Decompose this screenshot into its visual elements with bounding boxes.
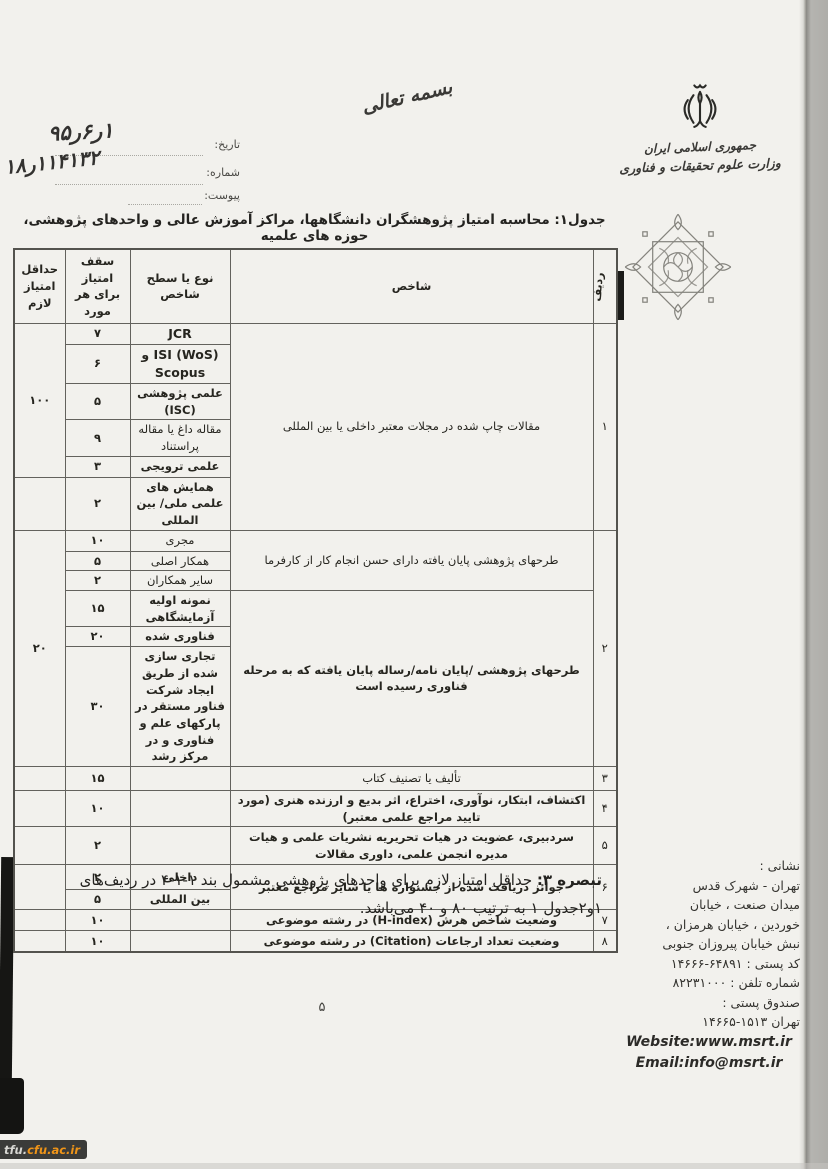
date-handwritten-value: ۹۵ر۶ر۱ [47, 118, 114, 145]
address-line: میدان صنعت ، خیابان [618, 895, 800, 915]
address-line-pobox: صندوق پستی : [618, 993, 800, 1013]
row1-type-jcr: JCR [130, 323, 230, 344]
attachment-line [128, 203, 202, 205]
address-block: نشانی : تهران - شهرک قدس میدان صنعت ، خی… [618, 856, 800, 1074]
row2-cap-other-collab: ۲ [65, 571, 130, 591]
address-line: نبش خیابان پیروزان جنوبی [618, 934, 800, 954]
table-row: ۴ اکتشاف، ابتکار، نوآوری، اختراع، اثر بد… [14, 790, 617, 826]
address-line-postal-code: کد پستی : ۶۴۸۹۱-۱۴۶۶۶ [618, 954, 800, 974]
address-line: نشانی : [618, 856, 800, 876]
header-min: حداقل امتیاز لازم [14, 249, 65, 323]
row5-indicator: سردبیری، عضویت در هیات تحریریه نشریات عل… [230, 827, 593, 865]
row1-indicator: مقالات چاپ شده در مجلات معتبر داخلی یا ب… [230, 323, 593, 530]
paper-edge-highlight [799, 0, 806, 1169]
address-line-pobox-number: تهران ۱۵۱۳-۱۴۶۶۵ [618, 1012, 800, 1032]
row8-cap: ۱۰ [65, 930, 130, 952]
table-row: ۱ مقالات چاپ شده در مجلات معتبر داخلی یا… [14, 323, 617, 344]
rosette-ornament-icon [622, 212, 734, 322]
table-title: جدول۱: محاسبه امتیاز پژوهشگران دانشگاهها… [13, 212, 616, 244]
header-cap: سقف امتیاز برای هر مورد [65, 249, 130, 323]
row8-type-empty [130, 930, 230, 952]
row1-cap-conference: ۲ [65, 477, 130, 530]
header-row-no: ردیف [593, 249, 617, 323]
address-email: Email:info@msrt.ir [618, 1053, 800, 1074]
footnote-label: تبصره ۳: [537, 871, 602, 889]
row8-no: ۸ [593, 930, 617, 952]
watermark-prefix: tfu. [4, 1143, 27, 1157]
row1-type-conference: همایش های علمی ملی/ بین المللی [130, 477, 230, 530]
letterhead-emblem: جمهوری اسلامی ایران وزارت علوم تحقیقات و… [615, 80, 785, 173]
table-row: ۵ سردبیری، عضویت در هیات تحریریه نشریات … [14, 827, 617, 865]
row3-type-empty [130, 766, 230, 790]
row2-type-manager: مجری [130, 530, 230, 551]
address-line-phone: شماره تلفن : ۸۲۲۳۱۰۰۰ [618, 973, 800, 993]
row1-type-hot-paper: مقاله داغ یا مقاله پراستناد [130, 420, 230, 456]
number-label: شماره: [204, 166, 240, 179]
watermark-badge: tfu.cfu.ac.ir [0, 1140, 87, 1159]
row4-cap: ۱۰ [65, 790, 130, 826]
number-handwritten-value: ۱۸ر۱۱۴۱۳۲ [3, 145, 101, 179]
footnote-text: حداقل امتیاز لازم برای واحدهای پژوهشی مش… [80, 871, 602, 917]
iran-emblem-icon [674, 80, 726, 138]
row8-min-empty [14, 930, 65, 952]
row4-no: ۴ [593, 790, 617, 826]
row1-cap-promotional: ۳ [65, 456, 130, 477]
row1-cap-isi: ۶ [65, 344, 130, 383]
scanned-document-page: { "letterhead": { "besmele": "بسمه تعالی… [0, 0, 828, 1169]
row2-type-technologized: فناوری شده [130, 627, 230, 647]
table-row: ۲ طرحهای پژوهشی پایان یافته دارای حسن ان… [14, 530, 617, 551]
row2-cap-manager: ۱۰ [65, 530, 130, 551]
row2-type-commercialized: تجاری سازی شده از طریق ایجاد شرکت فناور … [130, 647, 230, 767]
row2-cap-main-collab: ۵ [65, 551, 130, 571]
table-row: طرحهای پژوهشی /پایان نامه/رساله پایان یا… [14, 590, 617, 626]
scan-bottom-shadow [0, 1163, 828, 1169]
besmele-calligraphy: بسمه تعالی [351, 74, 463, 120]
row1-type-promotional: علمی ترویجی [130, 456, 230, 477]
attachment-label: پیوست: [202, 189, 240, 202]
ornament-stamp [622, 212, 734, 326]
watermark-domain: cfu.ac.ir [27, 1143, 80, 1157]
row1-no: ۱ [593, 323, 617, 530]
row1-cap-hot-paper: ۹ [65, 420, 130, 456]
address-line: تهران - شهرک قدس [618, 876, 800, 896]
row5-no: ۵ [593, 827, 617, 865]
table-row: ۳ تألیف یا تصنیف کتاب ۱۵ [14, 766, 617, 790]
row5-type-empty [130, 827, 230, 865]
org-name-line2: وزارت علوم تحقیقات و فناوری [615, 155, 785, 176]
header-type: نوع یا سطح شاخص [130, 249, 230, 323]
footnote-tabsareh: تبصره ۳: حداقل امتیاز لازم برای واحدهای … [30, 866, 602, 922]
row2-no: ۲ [593, 530, 617, 766]
row4-type-empty [130, 790, 230, 826]
row2-cap-commercialized: ۳۰ [65, 647, 130, 767]
row2-cap-prototype: ۱۵ [65, 590, 130, 626]
row1-min: ۱۰۰ [14, 323, 65, 477]
scan-edge-shadow [806, 0, 828, 1169]
score-table: ردیف شاخص نوع یا سطح شاخص سقف امتیاز برا… [13, 248, 618, 953]
row2-min: ۲۰ [14, 530, 65, 766]
row1-type-isi: ISI (WoS) و Scopus [130, 344, 230, 383]
org-name-line1: جمهوری اسلامی ایران [615, 137, 785, 157]
page-number: ۵ [312, 1000, 332, 1015]
table-row: ۸ وضعیت تعداد ارجاعات (Citation) در رشته… [14, 930, 617, 952]
date-label: تاریخ: [206, 138, 240, 151]
row2-type-prototype: نمونه اولیه آزمایشگاهی [130, 590, 230, 626]
row2-indicator-a: طرحهای پژوهشی پایان یافته دارای حسن انجا… [230, 530, 593, 590]
row2-cap-technologized: ۲۰ [65, 627, 130, 647]
row1-cap-isc: ۵ [65, 383, 130, 419]
row3-cap: ۱۵ [65, 766, 130, 790]
address-website: Website:www.msrt.ir [618, 1032, 800, 1053]
scan-artifact-left-blob [0, 1078, 24, 1134]
number-line [55, 183, 203, 185]
row2-indicator-b: طرحهای پژوهشی /پایان نامه/رساله پایان یا… [230, 590, 593, 766]
row1-type-isc: علمی پژوهشی (ISC) [130, 383, 230, 419]
row3-indicator: تألیف یا تصنیف کتاب [230, 766, 593, 790]
row1-min-empty [14, 477, 65, 530]
row2-type-main-collab: همکار اصلی [130, 551, 230, 571]
row5-cap: ۲ [65, 827, 130, 865]
row1-cap-jcr: ۷ [65, 323, 130, 344]
header-indicator: شاخص [230, 249, 593, 323]
row5-min-empty [14, 827, 65, 865]
row3-min-empty [14, 766, 65, 790]
table-header-row: ردیف شاخص نوع یا سطح شاخص سقف امتیاز برا… [14, 249, 617, 323]
row4-indicator: اکتشاف، ابتکار، نوآوری، اختراع، اثر بدیع… [230, 790, 593, 826]
address-line: خوردین ، خیابان هرمزان ، [618, 915, 800, 935]
row3-no: ۳ [593, 766, 617, 790]
row4-min-empty [14, 790, 65, 826]
row2-type-other-collab: سایر همکاران [130, 571, 230, 591]
row8-indicator: وضعیت تعداد ارجاعات (Citation) در رشته م… [230, 930, 593, 952]
